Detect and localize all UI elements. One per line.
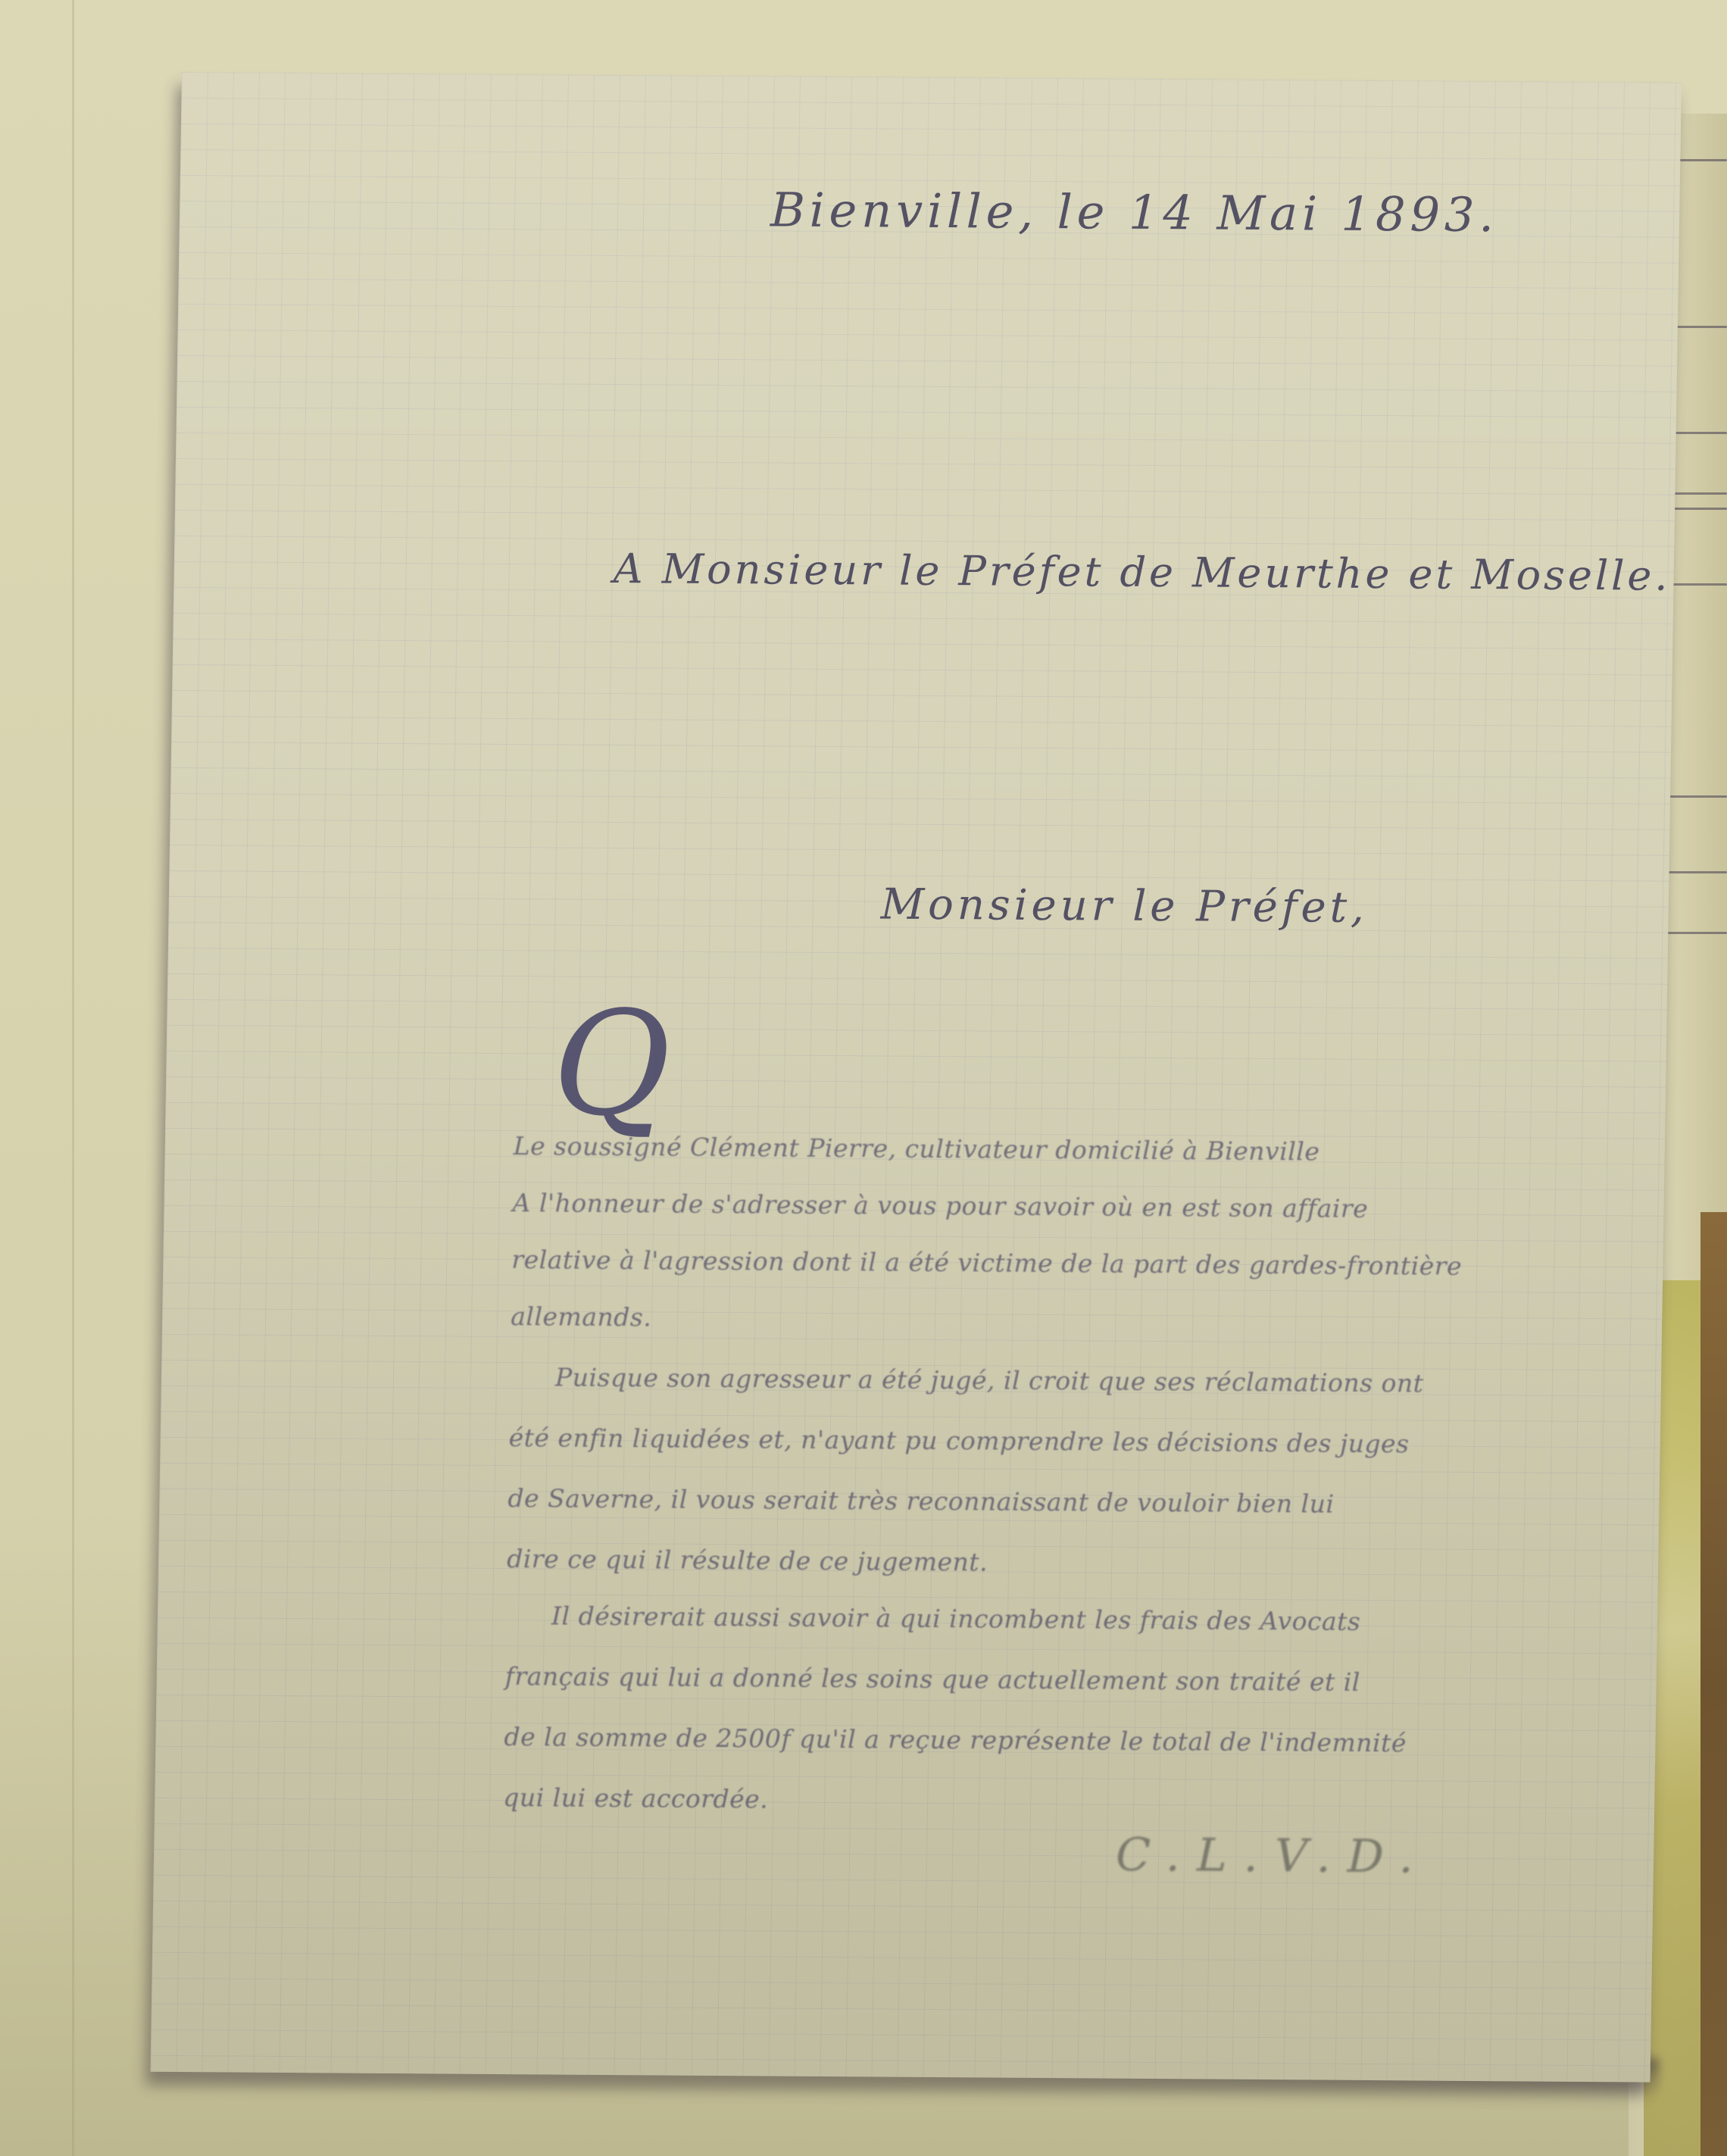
body-line: de la somme de 2500f qu'il a reçue repré… (504, 1722, 1407, 1758)
body-line: allemands. (511, 1301, 652, 1332)
stack-ink-line (1666, 492, 1727, 495)
folder-edge (1700, 1212, 1727, 2156)
body-line: dire ce qui il résulte de ce jugement. (507, 1544, 988, 1576)
body-line: qui lui est accordée. (503, 1783, 769, 1814)
stack-ink-line (1674, 159, 1727, 161)
body-line: A l'honneur de s'adresser à vous pour sa… (512, 1188, 1368, 1223)
letter-signature: C.L.V.D. (1116, 1829, 1431, 1884)
body-line: Le soussigné Clément Pierre, cultivateur… (513, 1131, 1319, 1166)
letter-dateline: Bienville, le 14 Mai 1893. (770, 182, 1499, 242)
sheet-shading (151, 72, 1682, 2083)
body-line: relative à l'agression dont il a été vic… (511, 1245, 1462, 1281)
body-line: été enfin liquidées et, n'ayant pu compr… (508, 1423, 1409, 1458)
letter-sheet: Bienville, le 14 Mai 1893. A Monsieur le… (151, 72, 1682, 2083)
body-line: Il désirerait aussi savoir à qui incombe… (551, 1601, 1361, 1636)
body-line: français qui lui a donné les soins que a… (504, 1661, 1360, 1697)
letter-addressee: A Monsieur le Préfet de Meurthe et Mosel… (613, 545, 1671, 600)
body-line: Puisque son agresseur a été jugé, il cro… (555, 1362, 1424, 1398)
letter-salutation: Monsieur le Préfet, (880, 880, 1368, 932)
folder-fold-line (72, 0, 74, 2156)
body-line: de Saverne, il vous serait très reconnai… (507, 1483, 1335, 1519)
letter-dropcap: Q (551, 980, 672, 1148)
document-photo: Bienville, le 14 Mai 1893. A Monsieur le… (0, 0, 1727, 2156)
